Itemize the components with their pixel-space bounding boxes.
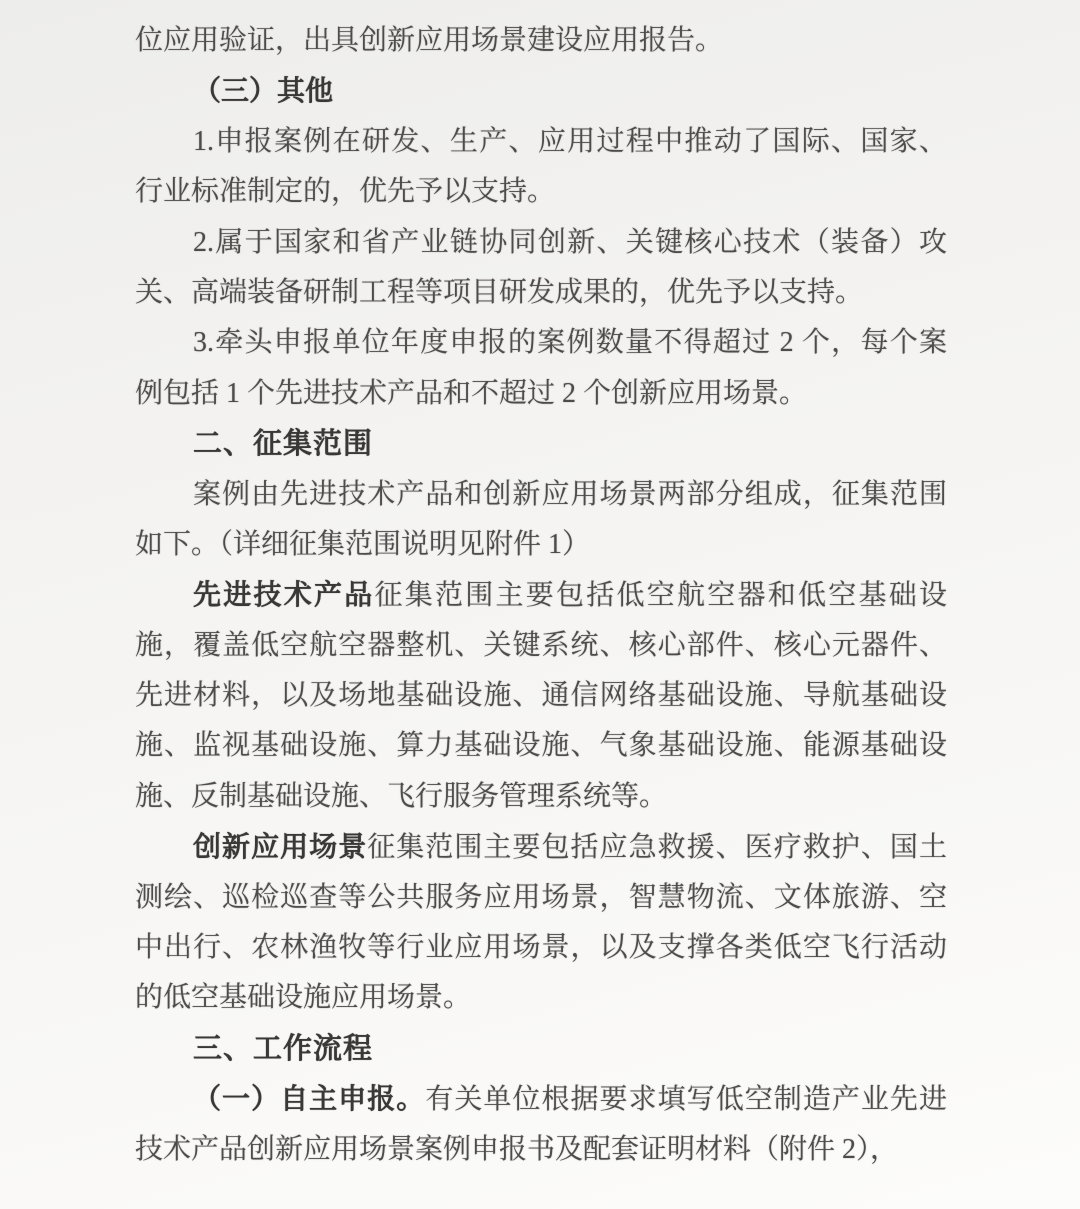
body-text-segment: 施、监视基础设施、算力基础设施、气象基础设施、能源基础设: [135, 730, 947, 761]
text-line: 施、监视基础设施、算力基础设施、气象基础设施、能源基础设: [135, 721, 947, 771]
text-line: 3.牵头申报单位年度申报的案例数量不得超过 2 个，每个案: [135, 318, 947, 368]
body-text-segment: 有关单位根据要求填写低空制造产业先进: [425, 1084, 947, 1115]
body-text-segment: 行业标准制定的，优先予以支持。: [135, 176, 555, 207]
bold-text-segment: 二、征集范围: [193, 428, 373, 460]
text-line: 2.属于国家和省产业链协同创新、关键核心技术（装备）攻: [135, 218, 947, 268]
text-line: 测绘、巡检巡查等公共服务应用场景，智慧物流、文体旅游、空: [135, 873, 947, 923]
text-line: 行业标准制定的，优先予以支持。: [135, 167, 947, 217]
text-line: 1.申报案例在研发、生产、应用过程中推动了国际、国家、: [135, 117, 947, 167]
bold-text-segment: 先进技术产品: [193, 579, 375, 610]
document-body: 位应用验证，出具创新应用场景建设应用报告。（三）其他1.申报案例在研发、生产、应…: [135, 16, 947, 1175]
text-line: 先进技术产品征集范围主要包括低空航空器和低空基础设: [135, 570, 947, 620]
text-line: 案例由先进技术产品和创新应用场景两部分组成，征集范围: [135, 470, 947, 520]
bold-text-segment: （一）自主申报。: [193, 1083, 425, 1114]
body-text-segment: 技术产品创新应用场景案例申报书及配套证明材料（附件 2），: [135, 1134, 898, 1165]
bold-text-segment: （三）其他: [193, 75, 333, 106]
body-text-segment: 如下。（详细征集范围说明见附件 1）: [135, 529, 590, 560]
body-text-segment: 施、反制基础设施、飞行服务管理系统等。: [135, 781, 667, 812]
body-text-segment: 1.申报案例在研发、生产、应用过程中推动了国际、国家、: [193, 126, 947, 157]
body-text-segment: 案例由先进技术产品和创新应用场景两部分组成，征集范围: [193, 479, 947, 510]
section-heading-line: 二、征集范围: [135, 419, 947, 469]
text-line: 关、高端装备研制工程等项目研发成果的，优先予以支持。: [135, 268, 947, 318]
text-line: 先进材料，以及场地基础设施、通信网络基础设施、导航基础设: [135, 671, 947, 721]
text-line: 例包括 1 个先进技术产品和不超过 2 个创新应用场景。: [135, 369, 947, 419]
text-line: 中出行、农林渔牧等行业应用场景，以及支撑各类低空飞行活动: [135, 923, 947, 973]
body-text-segment: 例包括 1 个先进技术产品和不超过 2 个创新应用场景。: [135, 378, 807, 409]
text-line: 施、反制基础设施、飞行服务管理系统等。: [135, 772, 947, 822]
text-line: 位应用验证，出具创新应用场景建设应用报告。: [135, 16, 947, 66]
body-text-segment: 的低空基础设施应用场景。: [135, 982, 471, 1013]
text-line: 的低空基础设施应用场景。: [135, 973, 947, 1023]
body-text-segment: 征集范围主要包括应急救援、医疗救护、国土: [367, 832, 947, 863]
body-text-segment: 2.属于国家和省产业链协同创新、关键核心技术（装备）攻: [193, 227, 947, 258]
body-text-segment: 3.牵头申报单位年度申报的案例数量不得超过 2 个，每个案: [193, 327, 947, 358]
body-text-segment: 先进材料，以及场地基础设施、通信网络基础设施、导航基础设: [135, 680, 947, 711]
text-line: （一）自主申报。有关单位根据要求填写低空制造产业先进: [135, 1074, 947, 1124]
bold-text-segment: 三、工作流程: [193, 1033, 373, 1065]
document-page: 位应用验证，出具创新应用场景建设应用报告。（三）其他1.申报案例在研发、生产、应…: [0, 0, 1080, 1209]
text-line: （三）其他: [135, 66, 947, 116]
body-text-segment: 位应用验证，出具创新应用场景建设应用报告。: [135, 25, 723, 56]
body-text-segment: 关、高端装备研制工程等项目研发成果的，优先予以支持。: [135, 277, 863, 308]
text-line: 创新应用场景征集范围主要包括应急救援、医疗救护、国土: [135, 822, 947, 872]
text-line: 技术产品创新应用场景案例申报书及配套证明材料（附件 2），: [135, 1125, 947, 1175]
text-line: 施，覆盖低空航空器整机、关键系统、核心部件、核心元器件、: [135, 621, 947, 671]
body-text-segment: 施，覆盖低空航空器整机、关键系统、核心部件、核心元器件、: [135, 630, 947, 661]
text-line: 如下。（详细征集范围说明见附件 1）: [135, 520, 947, 570]
body-text-segment: 测绘、巡检巡查等公共服务应用场景，智慧物流、文体旅游、空: [135, 882, 947, 913]
bold-text-segment: 创新应用场景: [193, 831, 367, 862]
body-text-segment: 征集范围主要包括低空航空器和低空基础设: [375, 580, 947, 611]
body-text-segment: 中出行、农林渔牧等行业应用场景，以及支撑各类低空飞行活动: [135, 932, 947, 963]
section-heading-line: 三、工作流程: [135, 1024, 947, 1074]
